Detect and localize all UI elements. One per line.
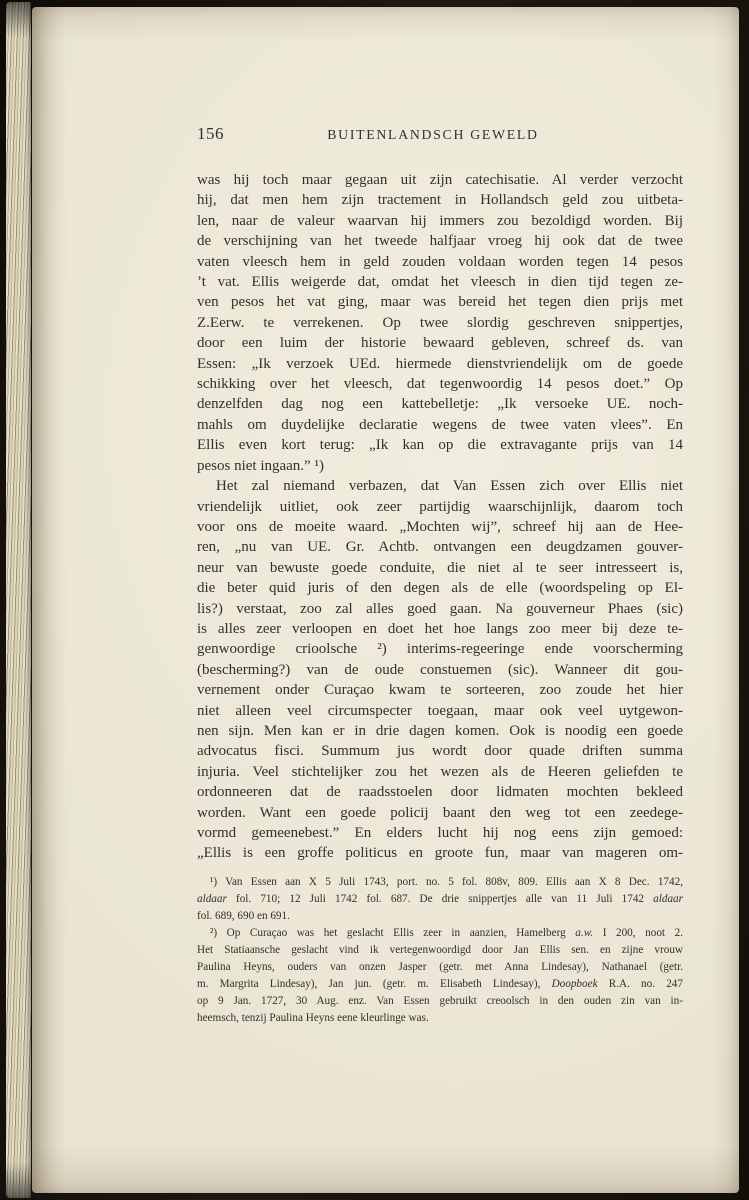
text-line: fol. 689, 690 en 691. bbox=[197, 908, 683, 925]
text-line: Het Statiaansche geslacht vind ik verteg… bbox=[197, 942, 683, 959]
text-line: ren, „nu van UE. Gr. Achtb. ontvangen ee… bbox=[197, 537, 683, 557]
running-header-title: BUITENLANDSCH GEWELD bbox=[197, 127, 669, 143]
text-line: „Ellis is een groffe politicus en groote… bbox=[197, 843, 683, 863]
text-line: aldaar fol. 710; 12 Juli 1742 fol. 687. … bbox=[197, 891, 683, 908]
text-line: ’t vat. Ellis weigerde dat, omdat het vl… bbox=[197, 272, 683, 292]
text-line: genwoordige crioolsche ²) interims-regee… bbox=[197, 639, 683, 659]
text-line: mahls om duydelijke declaratie wegens de… bbox=[197, 415, 683, 435]
text-line: advocatus fisci. Summum jus wordt door q… bbox=[197, 741, 683, 761]
body-text: was hij toch maar gegaan uit zijn catech… bbox=[197, 170, 683, 864]
text-line: vormd gemeenebest.” En elders lucht hij … bbox=[197, 823, 683, 843]
paragraph-2: Het zal niemand verbazen, dat Van Essen … bbox=[197, 476, 683, 864]
page-header: 156 BUITENLANDSCH GEWELD bbox=[197, 124, 683, 146]
text-line: vriendelijk uitliet, ook zeer partijdig … bbox=[197, 497, 683, 517]
book-scan-background: 156 BUITENLANDSCH GEWELD was hij toch ma… bbox=[0, 0, 749, 1200]
text-line: ²) Op Curaçao was het geslacht Ellis zee… bbox=[197, 925, 683, 942]
text-line: pesos niet ingaan.” ¹) bbox=[197, 456, 683, 476]
text-line: len, naar de valeur waarvan hij immers z… bbox=[197, 211, 683, 231]
text-line: neur van bewuste goede conduite, die nie… bbox=[197, 558, 683, 578]
footnote-2: ²) Op Curaçao was het geslacht Ellis zee… bbox=[197, 925, 683, 1027]
text-line: niet alleen veel circumspecter toegaan, … bbox=[197, 701, 683, 721]
text-line: vaten vleesch hem in geld zouden voldaan… bbox=[197, 252, 683, 272]
footnotes-section: ¹) Van Essen aan X 5 Juli 1743, port. no… bbox=[197, 874, 683, 1027]
text-line: Paulina Heyns, ouders van onzen Jasper (… bbox=[197, 959, 683, 976]
text-line: Het zal niemand verbazen, dat Van Essen … bbox=[197, 476, 683, 496]
text-line: ven pesos het vat ging, maar was bereid … bbox=[197, 292, 683, 312]
paragraph-1: was hij toch maar gegaan uit zijn catech… bbox=[197, 170, 683, 476]
text-line: nen sijn. Men kan er in drie dagen komen… bbox=[197, 721, 683, 741]
text-line: voor ons de moeite waard. „Mochten wij”,… bbox=[197, 517, 683, 537]
text-line: die beter quid juris of den degen als de… bbox=[197, 578, 683, 598]
text-line: hij, dat men hem zijn tractement in Holl… bbox=[197, 190, 683, 210]
text-line: denzelfden dag nog een kattebelletje: „I… bbox=[197, 394, 683, 414]
text-line: injuria. Veel stichtelijker zou het weze… bbox=[197, 762, 683, 782]
text-line: (bescherming?) van de oude constuemen (s… bbox=[197, 660, 683, 680]
text-line: op 9 Jan. 1727, 30 Aug. enz. Van Essen g… bbox=[197, 993, 683, 1010]
text-line: door een luim der historie bewaard geble… bbox=[197, 333, 683, 353]
book-page: 156 BUITENLANDSCH GEWELD was hij toch ma… bbox=[32, 7, 739, 1193]
text-line: is alles zeer verloopen en doet het hoe … bbox=[197, 619, 683, 639]
text-line: was hij toch maar gegaan uit zijn catech… bbox=[197, 170, 683, 190]
text-line: heemsch, tenzij Paulina Heyns eene kleur… bbox=[197, 1010, 683, 1027]
text-line: Essen: „Ik verzoek UEd. hiermede dienstv… bbox=[197, 354, 683, 374]
text-line: Z.Eerw. te verrekenen. Op twee slordig g… bbox=[197, 313, 683, 333]
text-line: ¹) Van Essen aan X 5 Juli 1743, port. no… bbox=[197, 874, 683, 891]
text-line: schikking over het vleesch, dat tegenwoo… bbox=[197, 374, 683, 394]
text-line: m. Margrita Lindesay), Jan jun. (getr. m… bbox=[197, 976, 683, 993]
text-line: ordonneeren dat de raadsstoelen door lid… bbox=[197, 782, 683, 802]
book-page-edges bbox=[6, 2, 31, 1198]
footnote-1: ¹) Van Essen aan X 5 Juli 1743, port. no… bbox=[197, 874, 683, 925]
text-line: de verschijning van het tweede halfjaar … bbox=[197, 231, 683, 251]
text-column: 156 BUITENLANDSCH GEWELD was hij toch ma… bbox=[197, 124, 683, 1027]
text-line: vernement onder Curaçao kwam te sorteere… bbox=[197, 680, 683, 700]
text-line: Ellis even kort terug: „Ik kan op die ex… bbox=[197, 435, 683, 455]
text-line: worden. Want een goede policij baant den… bbox=[197, 803, 683, 823]
text-line: lis?) verstaat, zoo zal alles goed gaan.… bbox=[197, 599, 683, 619]
